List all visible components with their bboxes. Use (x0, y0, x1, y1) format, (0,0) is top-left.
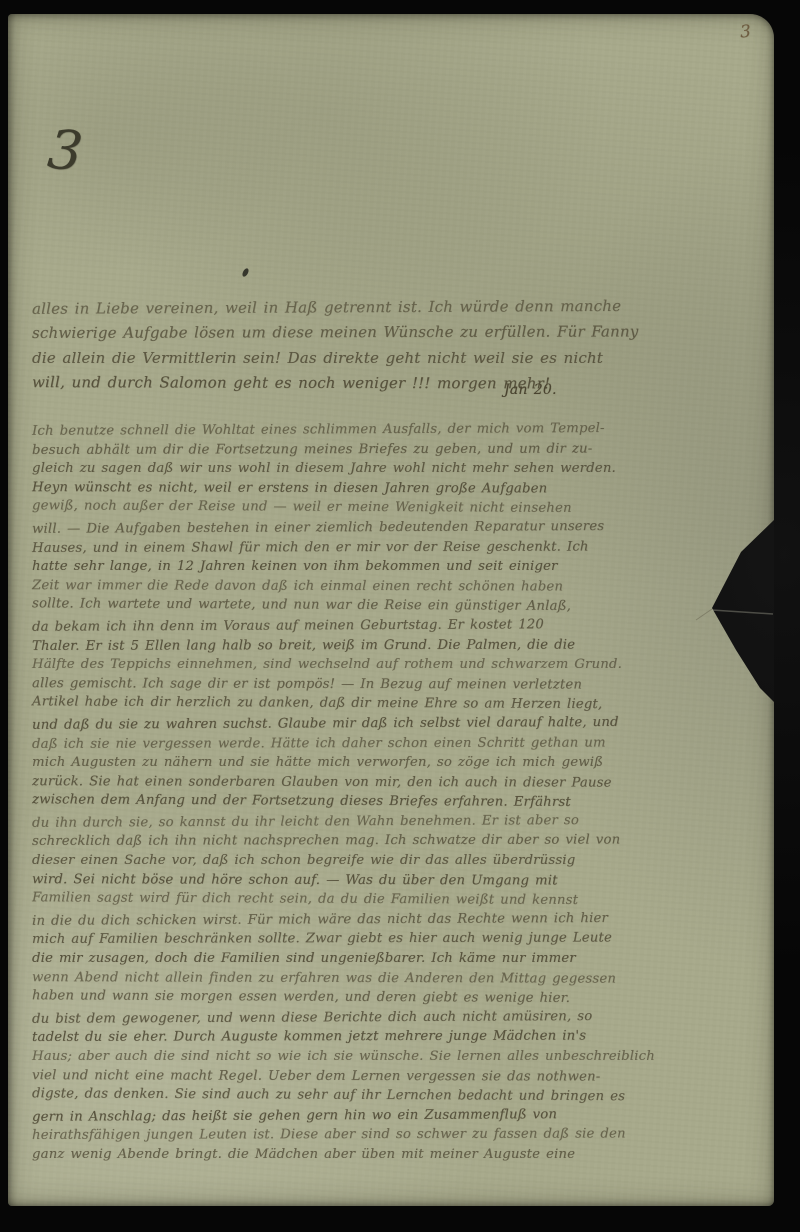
ink-speck (241, 267, 250, 277)
intro-paragraph: alles in Liebe vereinen, weil in Haß get… (32, 295, 748, 397)
handwritten-line: heirathsfähigen jungen Leuten ist. Diese… (32, 1124, 752, 1145)
handwritten-line: mich Augusten zu nähern und sie hätte mi… (32, 753, 752, 773)
handwritten-line: schwierige Aufgabe lösen um diese meinen… (32, 320, 748, 347)
handwritten-line: dieser einen Sache vor, daß ich schon be… (32, 851, 752, 871)
handwritten-line: mich auf Familien beschränken sollte. Zw… (32, 929, 752, 950)
handwritten-line: alles in Liebe vereinen, weil in Haß get… (32, 293, 748, 322)
handwritten-line: tadelst du sie eher. Durch Auguste komme… (32, 1027, 752, 1048)
handwritten-line: will, und durch Salomon geht es noch wen… (32, 370, 748, 397)
handwritten-line: Ich benutze schnell die Wohltat eines sc… (32, 418, 752, 441)
folio-number-large: 3 (45, 122, 85, 179)
scan-background: 3 3 alles in Liebe vereinen, weil in Haß… (0, 0, 800, 1232)
handwritten-line: Thaler. Er ist 5 Ellen lang halb so brei… (32, 635, 752, 656)
main-paragraph: Ich benutze schnell die Wohltat eines sc… (32, 420, 752, 1165)
handwritten-line: die mir zusagen, doch die Familien sind … (32, 949, 752, 969)
handwritten-line: gleich zu sagen daß wir uns wohl in dies… (32, 459, 752, 479)
letter-page: 3 3 alles in Liebe vereinen, weil in Haß… (8, 14, 774, 1206)
handwritten-line: Hauses, und in einem Shawl für mich den … (32, 537, 752, 558)
handwritten-line: Haus; aber auch die sind nicht so wie ic… (32, 1047, 752, 1067)
handwritten-line: Hälfte des Teppichs einnehmen, sind wech… (32, 655, 752, 675)
handwritten-line: da bekam ich ihn denn im Voraus auf mein… (32, 614, 752, 637)
handwritten-line: die allein die Vermittlerin sein! Das di… (32, 346, 748, 371)
date-line: Jan 20. (504, 382, 557, 398)
handwritten-line: will. — Die Aufgaben bestehen in einer z… (32, 516, 752, 539)
handwritten-line: hatte sehr lange, in 12 Jahren keinen vo… (32, 557, 752, 577)
handwritten-line: und daß du sie zu wahren suchst. Glaube … (32, 712, 752, 735)
handwritten-line: daß ich sie nie vergessen werde. Hätte i… (32, 733, 752, 754)
handwritten-line: schrecklich daß ich ihn nicht nachsprech… (32, 831, 752, 852)
handwritten-line: ganz wenig Abende bringt. die Mädchen ab… (32, 1145, 752, 1165)
handwritten-line: besuch abhält um dir die Fortsetzung mei… (32, 439, 752, 460)
page-corner-number: 3 (739, 22, 752, 43)
